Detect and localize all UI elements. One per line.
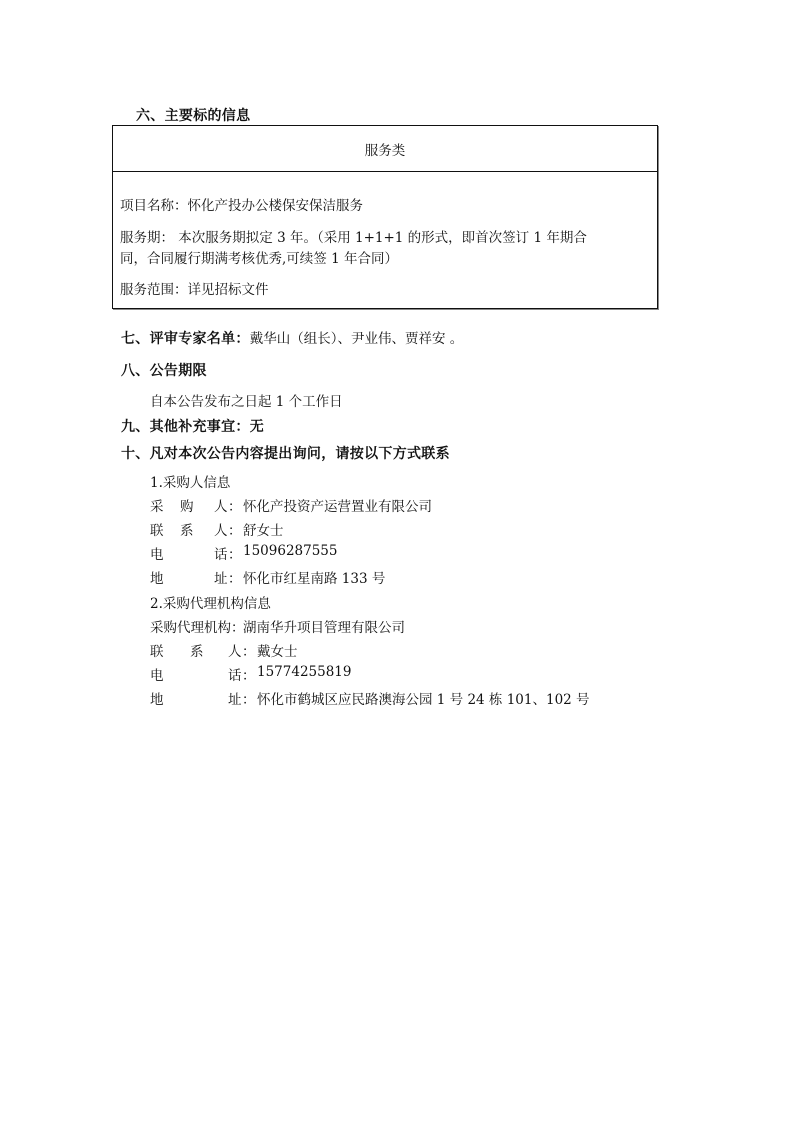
section-6-heading: 六、主要标的信息 [136, 105, 250, 125]
section-7-heading: 七、评审专家名单： [121, 331, 250, 347]
agency-contact-value: 戴女士 [257, 640, 298, 660]
expert-list: 戴华山（组长）、尹业伟、贾祥安 。 [250, 331, 464, 347]
purchaser-name-row: 采 购 人 ： 怀化产投资产运营置业有限公司 [150, 495, 650, 515]
label-char: 电 [150, 664, 164, 684]
purchaser-info-title: 1.采购人信息 [150, 471, 230, 491]
label-char: 采 [150, 495, 164, 515]
project-name-label: 项目名称： [120, 198, 188, 214]
label-char: 系 [180, 519, 194, 539]
label-char: 购 [180, 495, 194, 515]
purchaser-name-value: 怀化产投资产运营置业有限公司 [243, 495, 432, 515]
agency-name-label: 采购代理机构： [150, 616, 245, 636]
purchaser-phone-row: 电 话 ： 15096287555 [150, 543, 650, 563]
section-8-heading: 八、公告期限 [121, 360, 207, 380]
label-char: 址 [228, 688, 242, 708]
purchaser-contact-row: 联 系 人 ： 舒女士 [150, 519, 650, 539]
agency-contact-row: 联 系 人 ： 戴女士 [150, 640, 670, 660]
label-colon: ： [242, 640, 256, 660]
agency-phone-row: 电 话 ： 15774255819 [150, 664, 670, 684]
label-colon: ： [242, 664, 256, 684]
service-scope-row: 服务范围：详见招标文件 [120, 278, 269, 298]
table-header-text: 服务类 [365, 139, 406, 159]
label-char: 址 [214, 567, 228, 587]
label-colon: ： [228, 543, 242, 563]
project-name-value: 怀化产投办公楼保安保洁服务 [188, 198, 364, 214]
service-period-row-continued: 同，合同履行期满考核优秀,可续签 1 年合同） [120, 247, 398, 267]
label-char: 电 [150, 543, 164, 563]
agency-phone-value: 15774255819 [257, 664, 351, 680]
service-scope-value: 详见招标文件 [188, 282, 269, 298]
label-char: 人 [228, 640, 242, 660]
label-colon: ： [228, 495, 242, 515]
subject-info-table: 服务类 项目名称：怀化产投办公楼保安保洁服务 服务期： 本次服务期拟定 3 年。… [112, 125, 658, 309]
label-char: 联 [150, 640, 164, 660]
section-7: 七、评审专家名单：戴华山（组长）、尹业伟、贾祥安 。 [121, 327, 463, 348]
label-colon: ： [228, 567, 242, 587]
label-char: 人 [214, 495, 228, 515]
service-scope-label: 服务范围： [120, 282, 188, 298]
agency-address-row: 地 址 ： 怀化市鹤城区应民路澳海公园 1 号 24 栋 101、102 号 [150, 688, 670, 708]
label-char: 地 [150, 688, 164, 708]
project-name-row: 项目名称：怀化产投办公楼保安保洁服务 [120, 194, 363, 214]
purchaser-contact-value: 舒女士 [243, 519, 284, 539]
announcement-period: 自本公告发布之日起 1 个工作日 [150, 390, 343, 410]
label-char: 联 [150, 519, 164, 539]
table-body: 项目名称：怀化产投办公楼保安保洁服务 服务期： 本次服务期拟定 3 年。（采用 … [113, 172, 657, 308]
purchaser-phone-value: 15096287555 [243, 543, 337, 559]
label-colon: ： [242, 688, 256, 708]
table-header: 服务类 [113, 126, 657, 172]
agency-address-value: 怀化市鹤城区应民路澳海公园 1 号 24 栋 101、102 号 [257, 688, 590, 708]
service-period-value-line2: 同，合同履行期满考核优秀,可续签 1 年合同） [120, 251, 398, 267]
purchaser-address-row: 地 址 ： 怀化市红星南路 133 号 [150, 567, 650, 587]
agency-name-row: 采购代理机构： 湖南华升项目管理有限公司 [150, 616, 670, 636]
label-char: 人 [214, 519, 228, 539]
service-period-value-line1: 本次服务期拟定 3 年。（采用 1+1+1 的形式，即首次签订 1 年期合 [174, 230, 587, 246]
label-char: 话 [214, 543, 228, 563]
label-char: 地 [150, 567, 164, 587]
purchaser-address-value: 怀化市红星南路 133 号 [243, 567, 385, 587]
service-period-label: 服务期： [120, 230, 174, 246]
agency-name-value: 湖南华升项目管理有限公司 [243, 616, 405, 636]
service-period-row: 服务期： 本次服务期拟定 3 年。（采用 1+1+1 的形式，即首次签订 1 年… [120, 226, 587, 246]
label-char: 系 [190, 640, 204, 660]
section-10-heading: 十、凡对本次公告内容提出询问，请按以下方式联系 [121, 443, 450, 463]
label-colon: ： [228, 519, 242, 539]
section-9-heading: 九、其他补充事宜：无 [121, 416, 264, 436]
agency-info-title: 2.采购代理机构信息 [150, 592, 271, 612]
label-char: 话 [228, 664, 242, 684]
